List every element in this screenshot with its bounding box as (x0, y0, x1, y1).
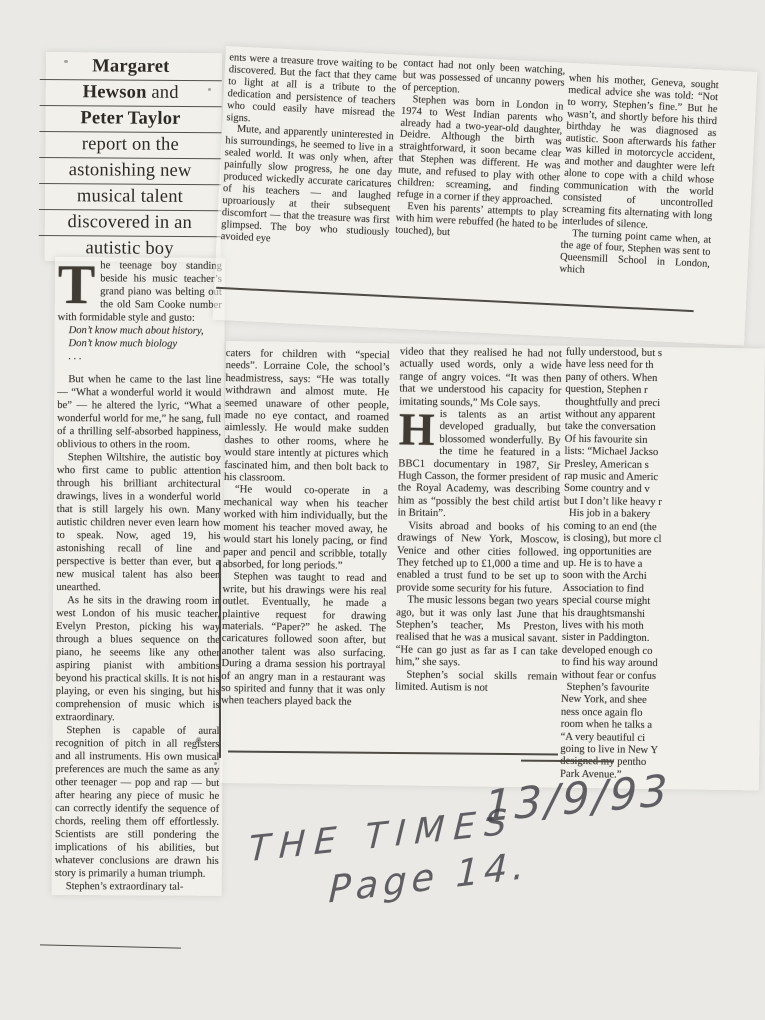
section-divider-rule (216, 287, 694, 312)
paragraph: Stephen was born in London in 1974 to We… (397, 93, 564, 208)
drop-cap-T: T (58, 259, 101, 308)
article-column-1: The teenage boy standing beside his musi… (52, 257, 225, 896)
paragraph: caters for children with “special needs”… (224, 347, 390, 486)
byline-name: Hewson (83, 82, 147, 102)
drop-cap-H: H (399, 407, 440, 450)
standfirst-line: Hewson and (40, 80, 222, 107)
paragraph: ents were a treasure trove waiting to be… (226, 52, 397, 132)
article-column-4: when his mother, Geneva, sought medical … (559, 73, 719, 282)
paragraph: “He would co-operate in a mechanical way… (223, 483, 388, 572)
paragraph: Mute, and apparently uninterested in his… (220, 124, 394, 251)
paragraph: Stephen was taught to read and write, bu… (221, 570, 387, 709)
paragraph: Stephen’s social skills remain limited. … (395, 668, 557, 695)
byline-name: Peter Taylor (80, 108, 180, 129)
newspaper-clipping-scan: Margaret Hewson and Peter Taylor report … (0, 0, 765, 1020)
clipping-top-band: ents were a treasure trove waiting to be… (213, 46, 758, 346)
standfirst-line: astonishing new (39, 158, 221, 185)
column1-end-rule (40, 944, 181, 949)
paragraph: Stephen Wiltshire, the autistic boy who … (56, 451, 221, 595)
paragraph: Visits abroad and books of his drawings … (396, 519, 559, 596)
paragraph: Stephen’s extraordinary tal- (55, 880, 219, 894)
standfirst-line: report on the (39, 132, 221, 159)
article-column-6: video that they realised he had not actu… (395, 345, 562, 695)
lyric-line: Don’t know much biology (58, 337, 222, 351)
paragraph: Even his parents’ attempts to play with … (395, 200, 559, 244)
paragraph: when his mother, Geneva, sought medical … (562, 73, 719, 235)
clipping-lower-band: caters for children with “special needs”… (220, 341, 765, 790)
scan-speck (214, 762, 217, 765)
standfirst-line: discovered in an (39, 210, 221, 237)
paragraph: The teenage boy standing beside his musi… (58, 259, 222, 325)
standfirst-line: musical talent (39, 184, 221, 211)
paragraph: As he sits in the drawing room in west L… (56, 594, 221, 725)
ellipsis-line: . . . (57, 350, 221, 364)
standfirst-text: report on the (82, 134, 179, 155)
paragraph: video that they realised he had not actu… (399, 345, 562, 409)
vertical-rule (219, 560, 221, 758)
article-column-7-clipped: fully understood, but s have less need f… (560, 346, 762, 787)
standfirst-text: autistic boy (85, 238, 173, 259)
scan-speck (64, 60, 68, 63)
standfirst-text: discovered in an (68, 212, 193, 233)
article-column-5: caters for children with “special needs”… (221, 347, 390, 709)
standfirst: Margaret Hewson and Peter Taylor report … (45, 52, 222, 262)
standfirst-line: Margaret (40, 54, 222, 81)
standfirst-text: musical talent (77, 186, 183, 207)
paragraph: The music lessons began two years ago, b… (395, 594, 558, 671)
article-column-2: ents were a treasure trove waiting to be… (220, 52, 397, 250)
scan-speck (208, 88, 211, 91)
paragraph: Stephen is capable of aural recognition … (55, 724, 220, 881)
standfirst-line: Peter Taylor (39, 106, 221, 133)
byline-name: Margaret (92, 56, 169, 77)
clipped-column-text: fully understood, but s have less need f… (560, 346, 762, 783)
standfirst-text: astonishing new (69, 160, 192, 181)
paragraph: The turning point came when, at the age … (559, 227, 711, 282)
article-column-3: contact had not only been watching, but … (395, 58, 566, 244)
paragraph: But when he came to the last line — “Wha… (57, 373, 221, 452)
paragraph: His talents as an artist developed gradu… (398, 407, 562, 521)
standfirst-text: and (147, 83, 179, 103)
lyric-line: Don’t know much about history, (58, 324, 222, 338)
